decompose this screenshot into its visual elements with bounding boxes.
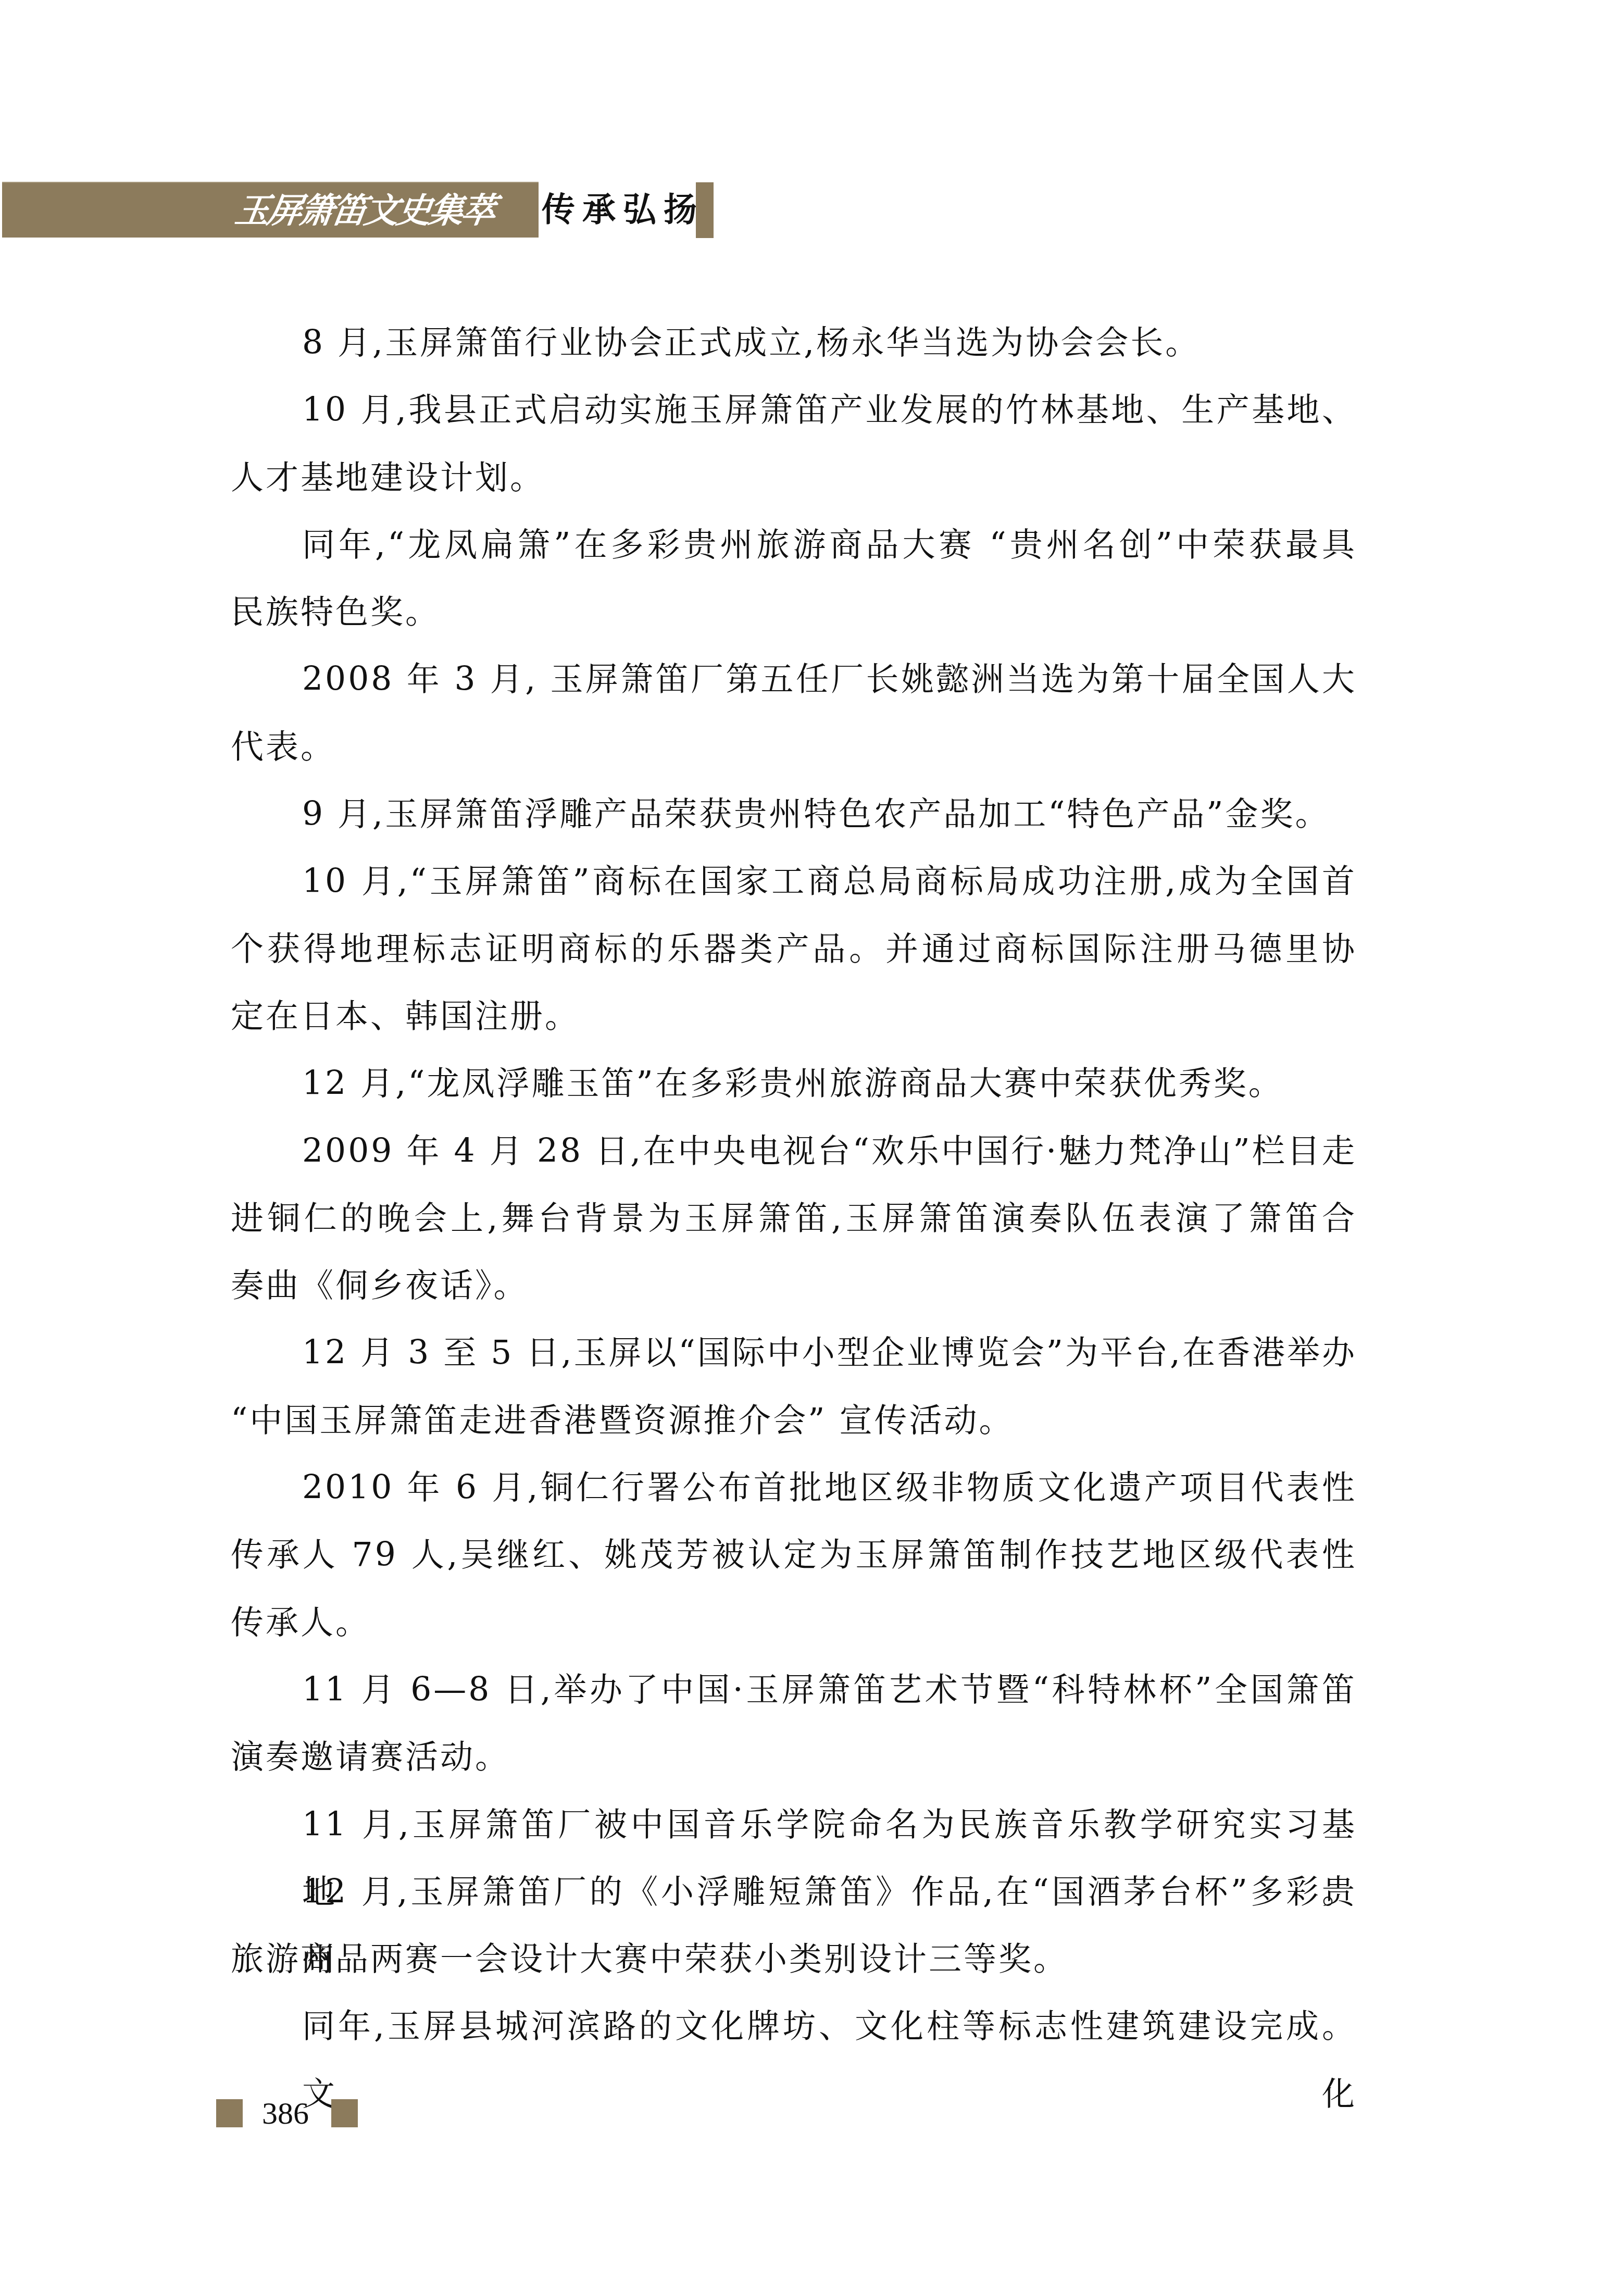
text-line: 同年,玉屏县城河滨路的文化牌坊、文化柱等标志性建筑建设完成。文化	[231, 1992, 1357, 2060]
text-line: 传承人 79 人,吴继红、姚茂芳被认定为玉屏箫笛制作技艺地区级代表性	[231, 1521, 1357, 1588]
text-line: 定在日本、韩国注册。	[231, 982, 1357, 1050]
header-band: 玉屏箫笛文史集萃	[2, 182, 539, 238]
text-line: 11 月 6—8 日,举办了中国·玉屏箫笛艺术节暨“科特林杯”全国箫笛	[231, 1656, 1357, 1723]
text-line: 12 月,玉屏箫笛厂的《小浮雕短箫笛》作品,在“国酒茅台杯”多彩贵州	[231, 1858, 1357, 1925]
text-line: 民族特色奖。	[231, 578, 1357, 645]
text-line: 9 月,玉屏箫笛浮雕产品荣获贵州特色农产品加工“特色产品”金奖。	[231, 780, 1357, 847]
header-accent-bar	[696, 182, 714, 238]
text-line: 旅游商品两赛一会设计大赛中荣获小类别设计三等奖。	[231, 1925, 1357, 1992]
section-title: 传承弘扬	[542, 182, 704, 238]
text-line: 演奏邀请赛活动。	[231, 1723, 1357, 1790]
text-line: 进铜仁的晚会上,舞台背景为玉屏箫笛,玉屏箫笛演奏队伍表演了箫笛合	[231, 1185, 1357, 1252]
text-line: 11 月,玉屏箫笛厂被中国音乐学院命名为民族音乐教学研究实习基地。	[231, 1791, 1357, 1858]
page-number: 386	[262, 2095, 309, 2131]
text-line: 12 月,“龙凤浮雕玉笛”在多彩贵州旅游商品大赛中荣获优秀奖。	[231, 1050, 1357, 1117]
text-line: 10 月,“玉屏箫笛”商标在国家工商总局商标局成功注册,成为全国首	[231, 847, 1357, 915]
book-title: 玉屏箫笛文史集萃	[231, 183, 497, 239]
text-line: 2010 年 6 月,铜仁行署公布首批地区级非物质文化遗产项目代表性	[231, 1454, 1357, 1521]
text-line: 代表。	[231, 713, 1357, 780]
footer-square-right	[331, 2099, 358, 2127]
text-line: 传承人。	[231, 1589, 1357, 1656]
text-line: 2008 年 3 月, 玉屏箫笛厂第五任厂长姚懿洲当选为第十届全国人大	[231, 645, 1357, 713]
text-line: 奏曲《侗乡夜话》。	[231, 1252, 1357, 1319]
text-line: 8 月,玉屏箫笛行业协会正式成立,杨永华当选为协会会长。	[231, 309, 1357, 376]
text-line: 个获得地理标志证明商标的乐器类产品。并通过商标国际注册马德里协	[231, 915, 1357, 982]
footer-square-left	[216, 2099, 243, 2127]
text-line: 2009 年 4 月 28 日,在中央电视台“欢乐中国行·魅力梵净山”栏目走	[231, 1117, 1357, 1185]
text-line: “中国玉屏箫笛走进香港暨资源推介会” 宣传活动。	[231, 1387, 1357, 1454]
text-line: 12 月 3 至 5 日,玉屏以“国际中小型企业博览会”为平台,在香港举办	[231, 1319, 1357, 1386]
body-text: 8 月,玉屏箫笛行业协会正式成立,杨永华当选为协会会长。10 月,我县正式启动实…	[231, 309, 1357, 2060]
text-line: 同年,“龙凤扁箫”在多彩贵州旅游商品大赛 “贵州名创”中荣获最具	[231, 511, 1357, 578]
text-line: 人才基地建设计划。	[231, 444, 1357, 511]
text-line: 10 月,我县正式启动实施玉屏箫笛产业发展的竹林基地、生产基地、	[231, 376, 1357, 443]
